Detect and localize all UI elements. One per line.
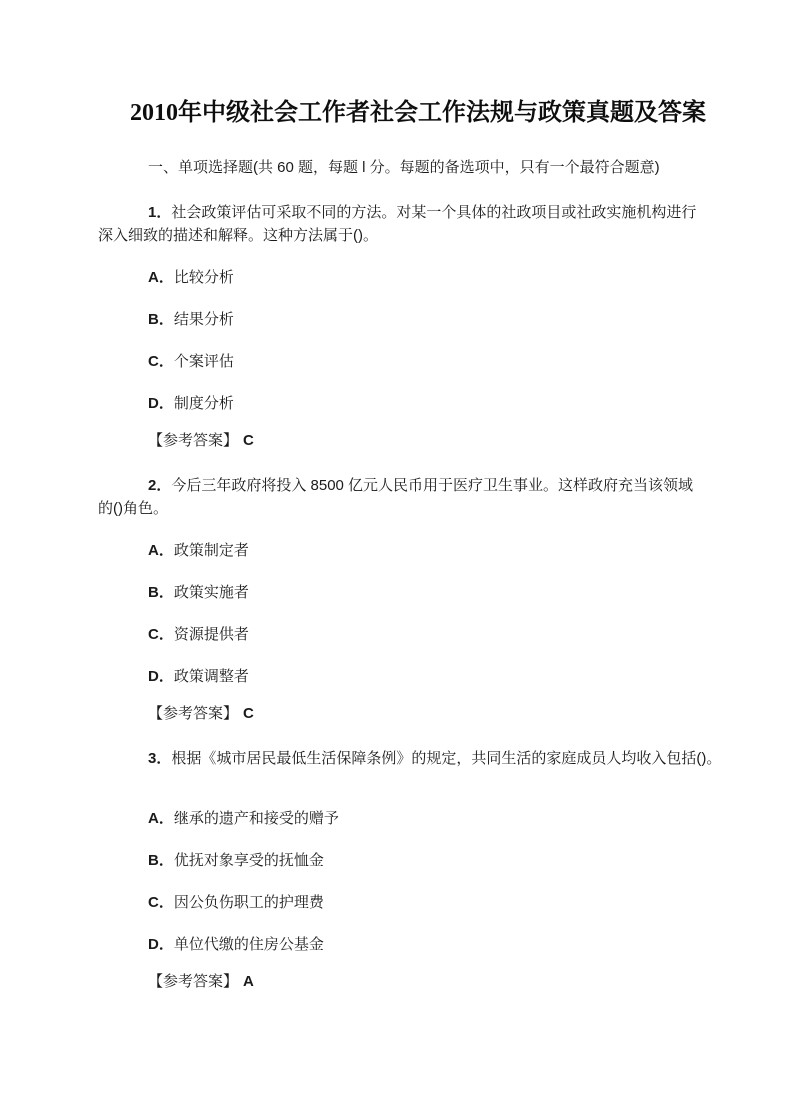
option-text: 政策调整者 (174, 668, 249, 685)
option-text: 政策制定者 (174, 542, 249, 559)
option-a: A．继承的遗产和接受的赠予 (98, 807, 708, 830)
document-page: 2010年中级社会工作者社会工作法规与政策真题及答案 一、单项选择题(共 60 … (0, 0, 790, 1119)
answer-prefix: 【参考答案】 (148, 432, 238, 449)
question-text: 今后三年政府将投入 8500 亿元人民币用于医疗卫生事业。这样政府充当该领域的(… (98, 477, 693, 517)
option-label: C． (148, 626, 174, 643)
answer-prefix: 【参考答案】 (148, 705, 238, 722)
option-text: 单位代缴的住房公基金 (174, 936, 324, 953)
option-text: 因公负伤职工的护理费 (174, 894, 324, 911)
option-d: D．制度分析 (98, 392, 708, 415)
option-d: D．政策调整者 (98, 665, 708, 688)
option-label: D． (148, 668, 174, 685)
option-b: B．结果分析 (98, 308, 708, 331)
option-b: B．优抚对象享受的抚恤金 (98, 849, 708, 872)
option-label: B． (148, 584, 174, 601)
option-text: 结果分析 (174, 311, 234, 328)
section-header: 一、单项选择题(共 60 题，每题 l 分。每题的备选项中，只有一个最符合题意) (98, 156, 708, 179)
question-stem: 3．根据《城市居民最低生活保障条例》的规定，共同生活的家庭成员人均收入包括()。 (98, 747, 708, 770)
option-text: 个案评估 (174, 353, 234, 370)
question-text: 根据《城市居民最低生活保障条例》的规定，共同生活的家庭成员人均收入包括()。 (171, 750, 721, 767)
question-text: 社会政策评估可采取不同的方法。对某一个具体的社政项目或社政实施机构进行深入细致的… (98, 204, 696, 244)
question-number: 3． (148, 750, 171, 767)
option-label: D． (148, 936, 174, 953)
reference-answer: 【参考答案】C (98, 429, 708, 452)
option-label: D． (148, 395, 174, 412)
option-label: B． (148, 311, 174, 328)
reference-answer: 【参考答案】A (98, 970, 708, 993)
document-body: 2010年中级社会工作者社会工作法规与政策真题及答案 一、单项选择题(共 60 … (0, 0, 790, 993)
option-label: C． (148, 353, 174, 370)
option-a: A．政策制定者 (98, 539, 708, 562)
option-c: C．资源提供者 (98, 623, 708, 646)
question-block-3: 3．根据《城市居民最低生活保障条例》的规定，共同生活的家庭成员人均收入包括()。… (98, 747, 708, 993)
option-text: 政策实施者 (174, 584, 249, 601)
question-block-2: 2．今后三年政府将投入 8500 亿元人民币用于医疗卫生事业。这样政府充当该领域… (98, 474, 708, 725)
option-a: A．比较分析 (98, 266, 708, 289)
option-text: 继承的遗产和接受的赠予 (174, 810, 339, 827)
option-text: 比较分析 (174, 269, 234, 286)
option-label: C． (148, 894, 174, 911)
option-label: A． (148, 269, 174, 286)
option-label: A． (148, 542, 174, 559)
question-block-1: 1．社会政策评估可采取不同的方法。对某一个具体的社政项目或社政实施机构进行深入细… (98, 201, 708, 452)
question-number: 2． (148, 477, 171, 494)
option-d: D．单位代缴的住房公基金 (98, 933, 708, 956)
answer-letter: C (243, 705, 254, 722)
answer-letter: A (243, 973, 254, 990)
question-number: 1． (148, 204, 171, 221)
option-label: B． (148, 852, 174, 869)
option-label: A． (148, 810, 174, 827)
option-text: 制度分析 (174, 395, 234, 412)
answer-prefix: 【参考答案】 (148, 973, 238, 990)
option-text: 优抚对象享受的抚恤金 (174, 852, 324, 869)
question-stem: 1．社会政策评估可采取不同的方法。对某一个具体的社政项目或社政实施机构进行深入细… (98, 201, 708, 247)
question-stem: 2．今后三年政府将投入 8500 亿元人民币用于医疗卫生事业。这样政府充当该领域… (98, 474, 708, 520)
option-b: B．政策实施者 (98, 581, 708, 604)
answer-letter: C (243, 432, 254, 449)
option-c: C．个案评估 (98, 350, 708, 373)
option-c: C．因公负伤职工的护理费 (98, 891, 708, 914)
page-title: 2010年中级社会工作者社会工作法规与政策真题及答案 (98, 96, 708, 130)
option-text: 资源提供者 (174, 626, 249, 643)
reference-answer: 【参考答案】C (98, 702, 708, 725)
